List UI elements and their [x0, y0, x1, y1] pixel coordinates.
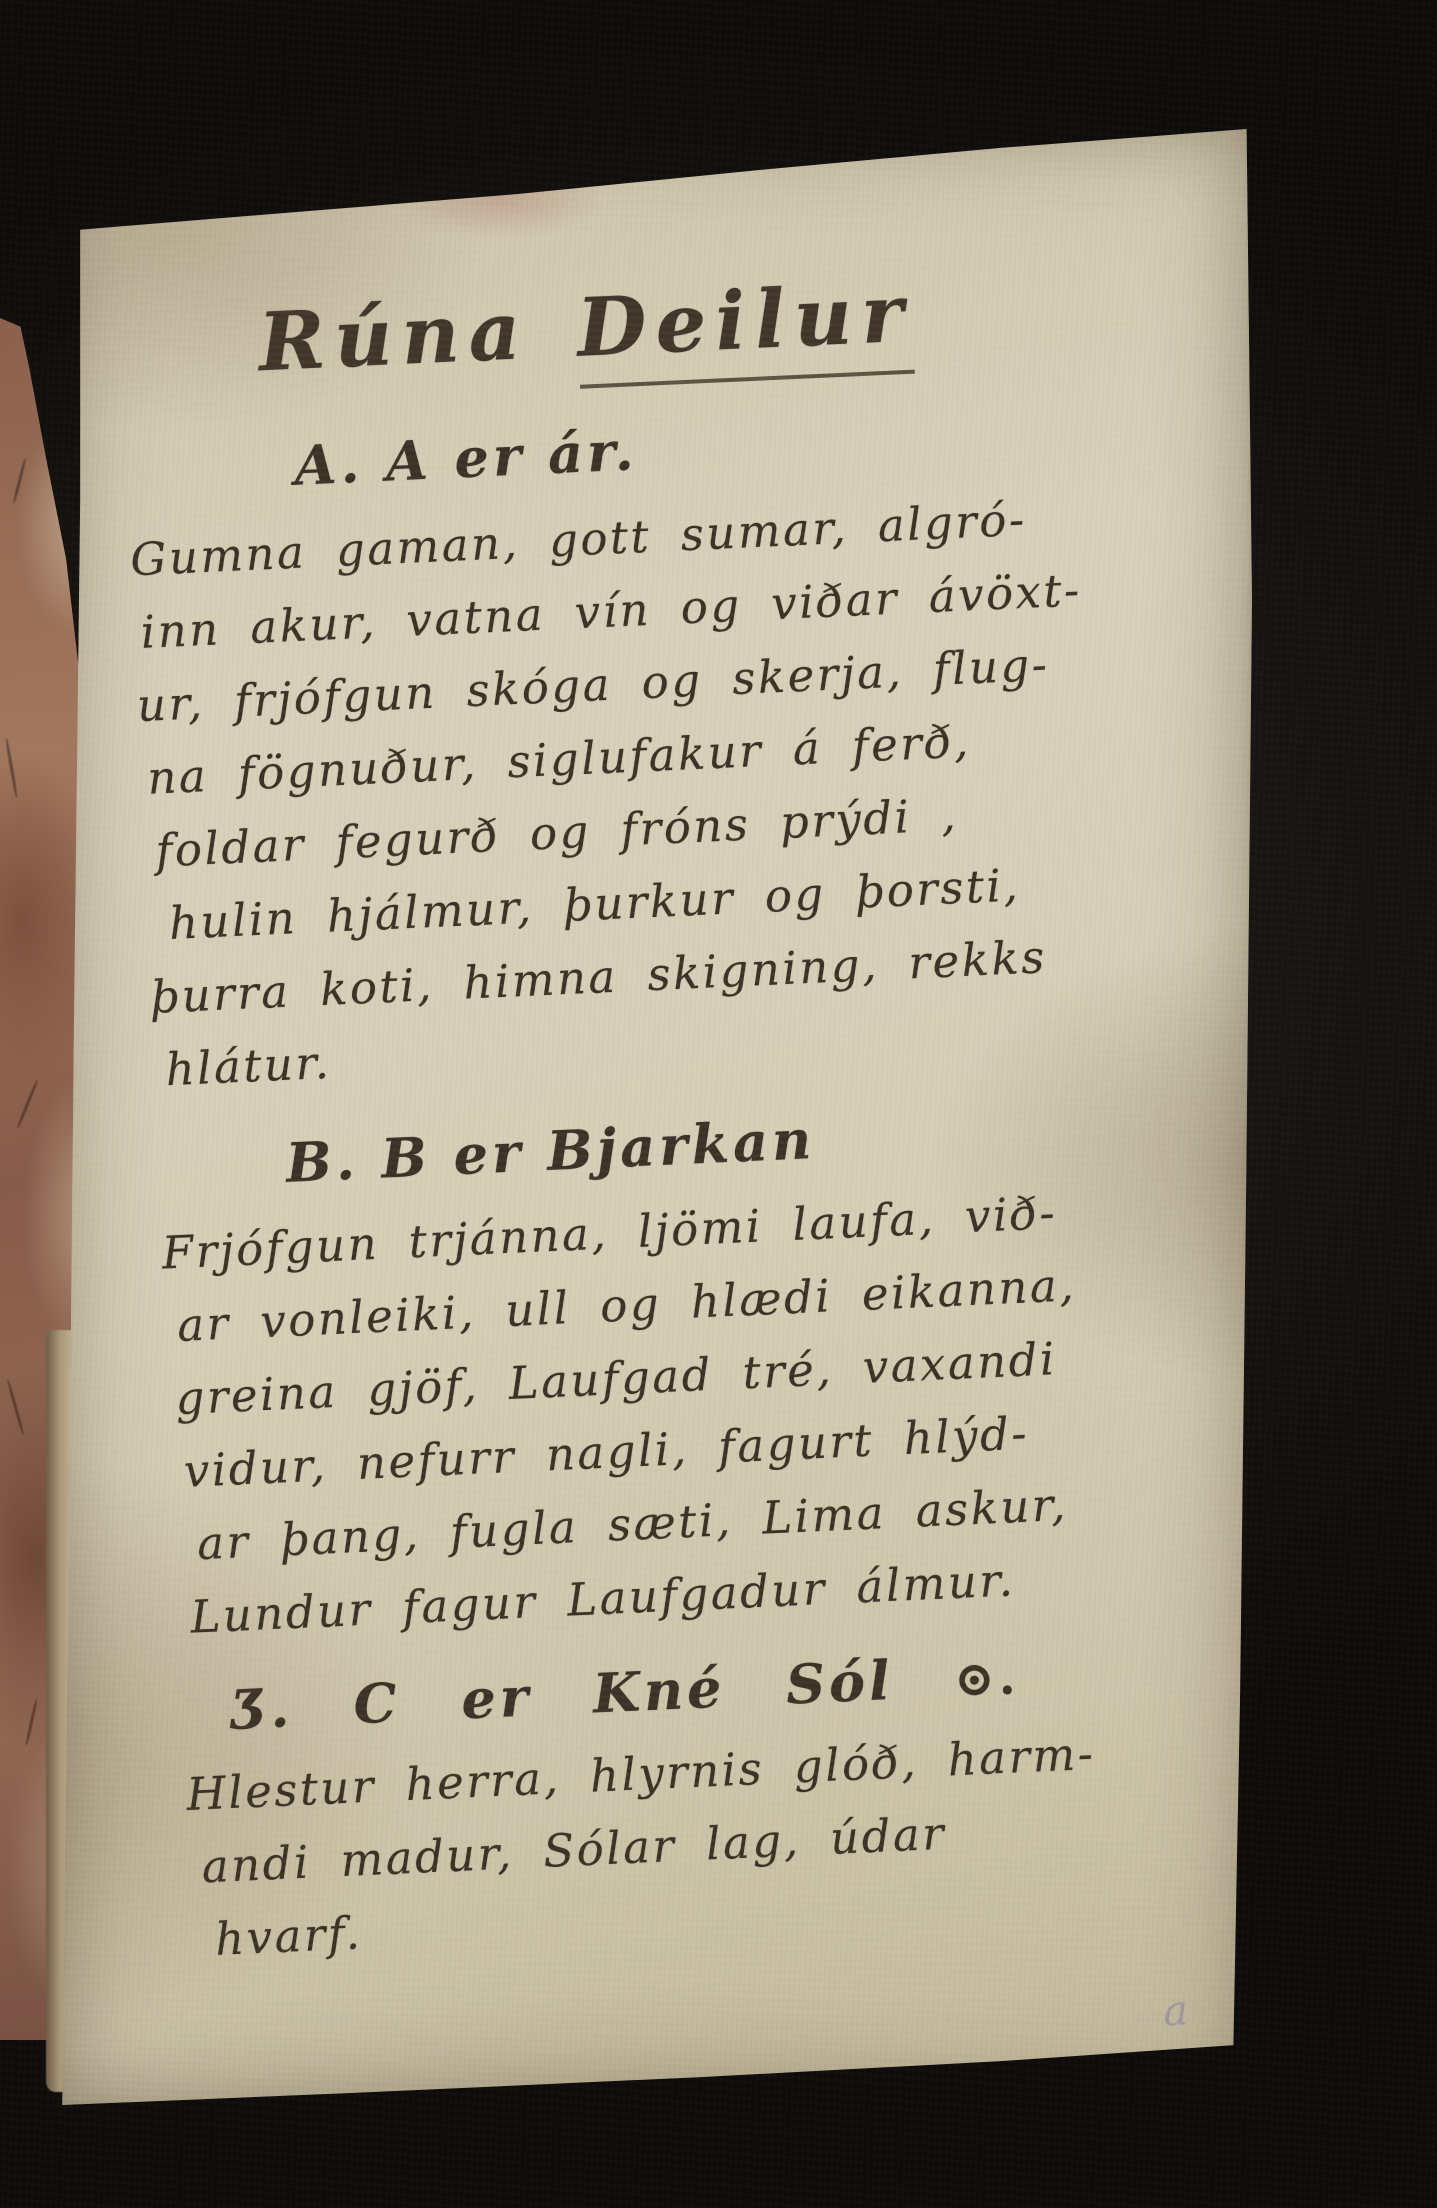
marginal-scribble	[5, 738, 18, 798]
title-word: Rúna	[257, 283, 532, 389]
section-b: B. B er Bjarkan Frjófgun trjánna, ljömi …	[157, 1086, 1293, 1654]
sun-symbol: ⊙.	[953, 1649, 1020, 1708]
marginal-scribble	[16, 1079, 38, 1128]
title-word-underlined: Deilur	[575, 266, 915, 389]
marginal-scribble	[25, 1698, 38, 1746]
marginal-scribble	[12, 458, 26, 503]
section-a: A. A er ár. Gumna gaman, gott sumar, alg…	[125, 391, 1268, 1107]
page-title: RúnaDeilur	[257, 251, 1236, 389]
section-c: Ʒ. C er Kné Sól ⊙. Hlestur herra, hlyrni…	[181, 1630, 1307, 1977]
manuscript-scan: RúnaDeilur A. A er ár. Gumna gaman, gott…	[0, 0, 1437, 2208]
marginal-scribble	[6, 1379, 25, 1436]
page-content: RúnaDeilur A. A er ár. Gumna gaman, gott…	[56, 92, 1345, 2139]
folio-mark-pencil: a	[1161, 1985, 1189, 2036]
manuscript-page: RúnaDeilur A. A er ár. Gumna gaman, gott…	[55, 118, 1255, 2113]
